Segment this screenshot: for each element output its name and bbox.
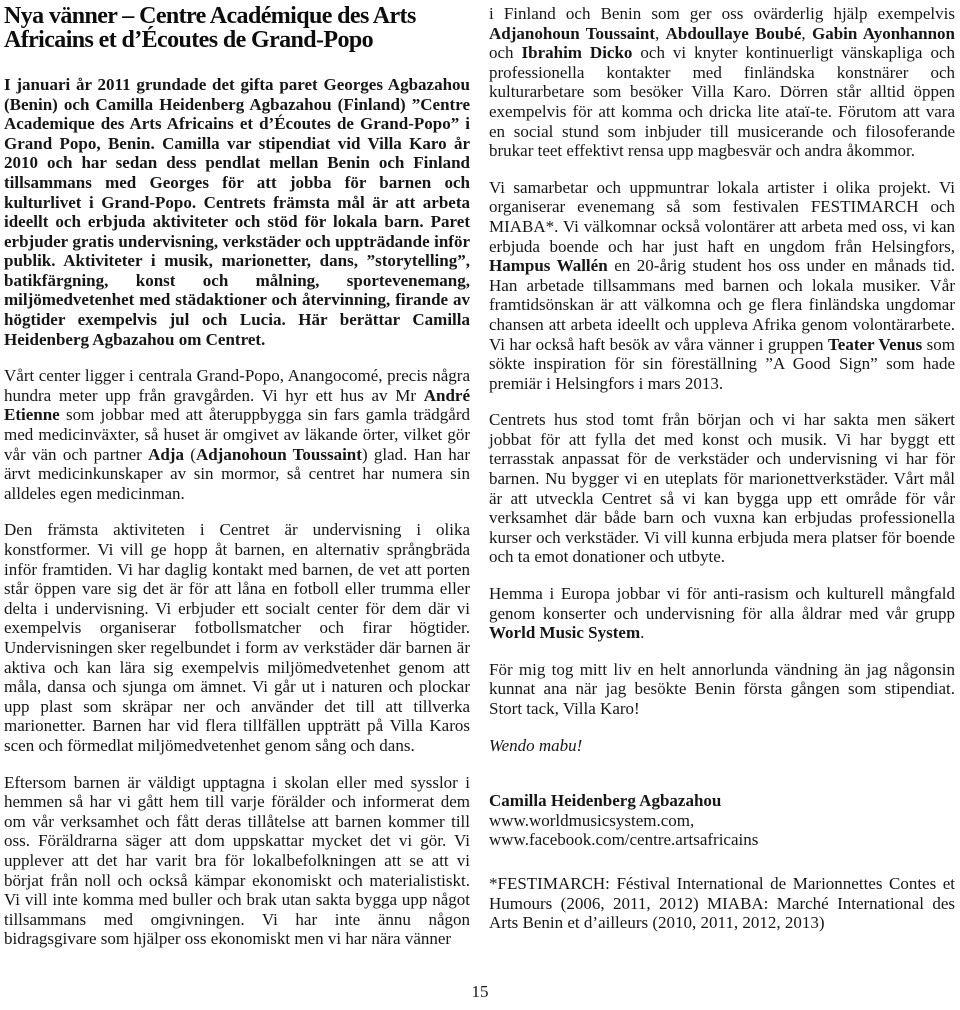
paragraph-center-location: Vårt center ligger i centrala Grand-Popo… (4, 366, 470, 503)
paragraph-parents: Eftersom barnen är väldigt upptagna i sk… (4, 773, 470, 949)
text-run: Camilla Heidenberg Agbazahou (489, 791, 721, 810)
article-title: Nya vänner – Centre Académique des Arts … (4, 4, 470, 53)
text-run: Adjanohoun Toussaint (196, 445, 362, 464)
text-run: *FESTIMARCH: Féstival International de M… (489, 874, 955, 932)
paragraph-europe: Hemma i Europa jobbar vi för anti-rasism… (489, 584, 955, 643)
left-column: Nya vänner – Centre Académique des Arts … (4, 4, 470, 966)
paragraph-friends: i Finland och Benin som ger oss ovärderl… (489, 4, 955, 161)
paragraph-house: Centrets hus stod tomt från början och v… (489, 410, 955, 567)
text-run: Ibrahim Dicko (522, 43, 633, 62)
text-run: och (489, 43, 522, 62)
text-run: , (655, 24, 666, 43)
footnote: *FESTIMARCH: Féstival International de M… (489, 874, 955, 933)
document-page: Nya vänner – Centre Académique des Arts … (0, 0, 960, 1010)
paragraph-activities: Den främsta aktiviteten i Centret är und… (4, 520, 470, 755)
text-run: Centrets hus stod tomt från början och v… (489, 410, 955, 566)
page-number: 15 (0, 982, 960, 1002)
text-run: . (640, 623, 644, 642)
text-run: Eftersom barnen är väldigt upptagna i sk… (4, 773, 470, 949)
paragraph-thanks: För mig tog mitt liv en helt annorlunda … (489, 660, 955, 719)
text-run: För mig tog mitt liv en helt annorlunda … (489, 660, 955, 718)
text-run: Teater Venus (828, 335, 922, 354)
text-run: I januari år 2011 grundade det gifta par… (4, 75, 470, 349)
text-run: , (801, 24, 812, 43)
paragraph-collaboration: Vi samarbetar och uppmuntrar lokala arti… (489, 178, 955, 394)
right-column: i Finland och Benin som ger oss ovärderl… (489, 4, 955, 933)
lead-paragraph: I januari år 2011 grundade det gifta par… (4, 75, 470, 349)
text-run: Adja (148, 445, 184, 464)
text-run: Vi samarbetar och uppmuntrar lokala arti… (489, 178, 955, 256)
text-run: Hemma i Europa jobbar vi för anti-rasism… (489, 584, 955, 623)
wendo-mabu: Wendo mabu! (489, 736, 955, 756)
text-run: Wendo mabu! (489, 736, 582, 755)
signature-links: www.worldmusicsystem.com, www.facebook.c… (489, 811, 955, 850)
two-column-layout: Nya vänner – Centre Académique des Arts … (4, 4, 955, 966)
signature-name: Camilla Heidenberg Agbazahou (489, 791, 955, 811)
text-run: i Finland och Benin som ger oss ovärderl… (489, 4, 955, 23)
right-column-paragraphs: i Finland och Benin som ger oss ovärderl… (489, 4, 955, 933)
text-run: ( (184, 445, 196, 464)
text-run: World Music System (489, 623, 640, 642)
text-run: Den främsta aktiviteten i Centret är und… (4, 520, 470, 755)
left-column-paragraphs: I januari år 2011 grundade det gifta par… (4, 75, 470, 949)
text-run: www.worldmusicsystem.com, www.facebook.c… (489, 811, 758, 850)
text-run: Abdoullaye Boubé (666, 24, 802, 43)
text-run: Adjanohoun Toussaint (489, 24, 655, 43)
text-run: Gabin Ayonhannon (812, 24, 955, 43)
text-run: Vårt center ligger i centrala Grand-Popo… (4, 366, 470, 405)
text-run: Hampus Wallén (489, 256, 608, 275)
